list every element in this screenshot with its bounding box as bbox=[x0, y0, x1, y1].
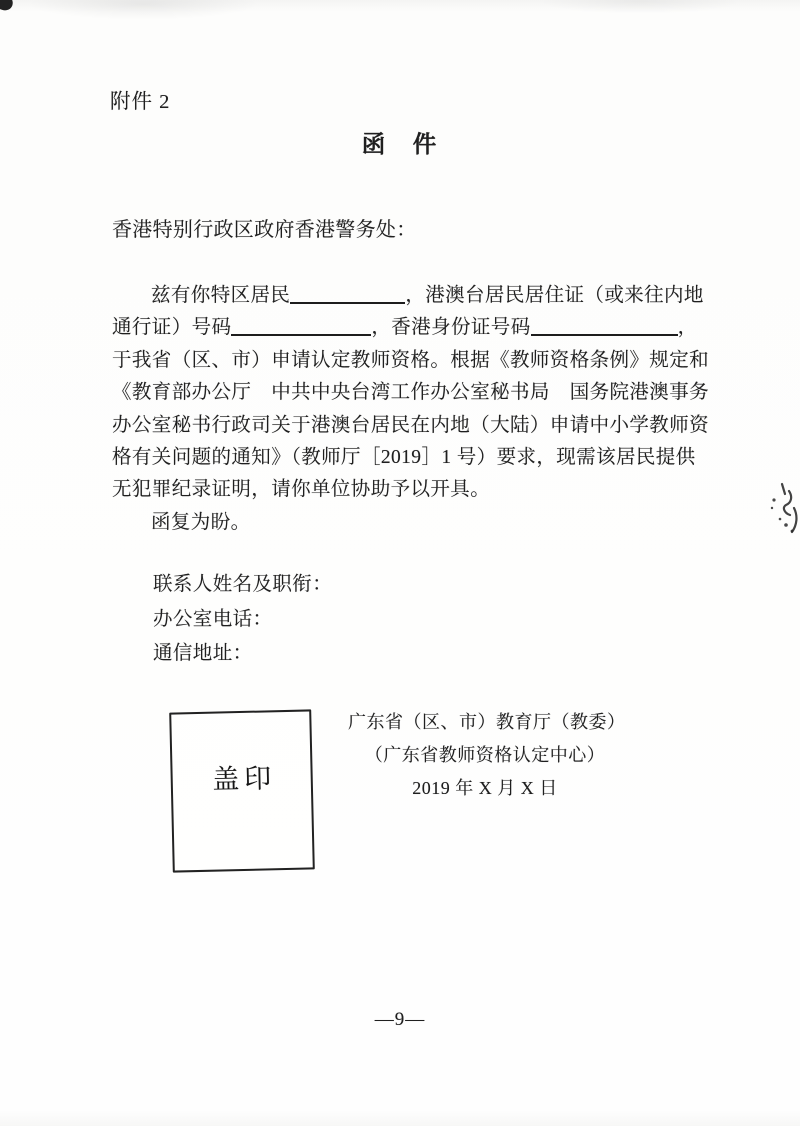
body-line-2: 通行证）号码，香港身份证号码， bbox=[112, 312, 690, 344]
signature-org-line1: 广东省（区、市）教育厅（教委） bbox=[348, 706, 622, 739]
seal-label: 盖印 bbox=[172, 755, 311, 797]
body-line-3: 于我省（区、市）申请认定教师资格。根据《教师资格条例》规定和 bbox=[112, 345, 690, 377]
body-line-1: 兹有你特区居民，港澳台居民居住证（或来往内地 bbox=[112, 280, 690, 312]
seal-box: 盖印 bbox=[169, 709, 315, 872]
scanned-letter-page: 附件 2 函 件 香港特别行政区政府香港警务处： 兹有你特区居民，港澳台居民居住… bbox=[0, 0, 800, 1126]
page-number: —9— bbox=[112, 1009, 688, 1031]
contact-block: 联系人姓名及职衔： 办公室电话： 通信地址： bbox=[112, 568, 332, 672]
ink-squiggle bbox=[752, 478, 800, 540]
contact-office-phone: 办公室电话： bbox=[112, 603, 332, 638]
body-line-7: 无犯罪纪录证明，请你单位协助予以开具。 bbox=[112, 474, 690, 506]
salutation: 香港特别行政区政府香港警务处： bbox=[112, 213, 417, 242]
blank-hkid-number bbox=[531, 318, 678, 337]
body-text: 兹有你特区居民 bbox=[151, 285, 290, 306]
signature-org-line2: （广东省教师资格认定中心） bbox=[348, 739, 622, 772]
body-line-6: 格有关问题的通知》（教师厅［2019］1 号）要求，现需该居民提供 bbox=[112, 442, 690, 474]
signature-block: 广东省（区、市）教育厅（教委） （广东省教师资格认定中心） 2019 年 X 月… bbox=[348, 706, 622, 805]
body-text: ，香港身份证号码 bbox=[371, 317, 530, 338]
body-text: ，港澳台居民居住证（或来往内地 bbox=[405, 285, 704, 306]
contact-name-title: 联系人姓名及职衔： bbox=[112, 568, 332, 603]
contact-mailing-address: 通信地址： bbox=[112, 637, 332, 672]
body-line-5: 办公室秘书行政司关于港澳台居民在内地（大陆）申请中小学教师资 bbox=[112, 410, 690, 442]
blank-permit-number bbox=[231, 318, 371, 337]
body-text: ， bbox=[678, 317, 698, 338]
letter-body: 兹有你特区居民，港澳台居民居住证（或来往内地 通行证）号码，香港身份证号码， 于… bbox=[112, 280, 690, 539]
blank-resident-name bbox=[290, 285, 405, 304]
corner-ink-mark bbox=[0, 0, 15, 12]
signature-date: 2019 年 X 月 X 日 bbox=[348, 772, 622, 805]
attachment-label: 附件 2 bbox=[110, 84, 170, 114]
body-line-reply-request: 函复为盼。 bbox=[112, 507, 690, 539]
body-line-4: 《教育部办公厅 中共中央台湾工作办公室秘书局 国务院港澳事务 bbox=[112, 377, 690, 409]
scan-smudge bbox=[540, 0, 740, 14]
letter-title: 函 件 bbox=[112, 125, 688, 159]
body-text: 通行证）号码 bbox=[112, 317, 231, 338]
scan-smudge bbox=[28, 0, 258, 20]
